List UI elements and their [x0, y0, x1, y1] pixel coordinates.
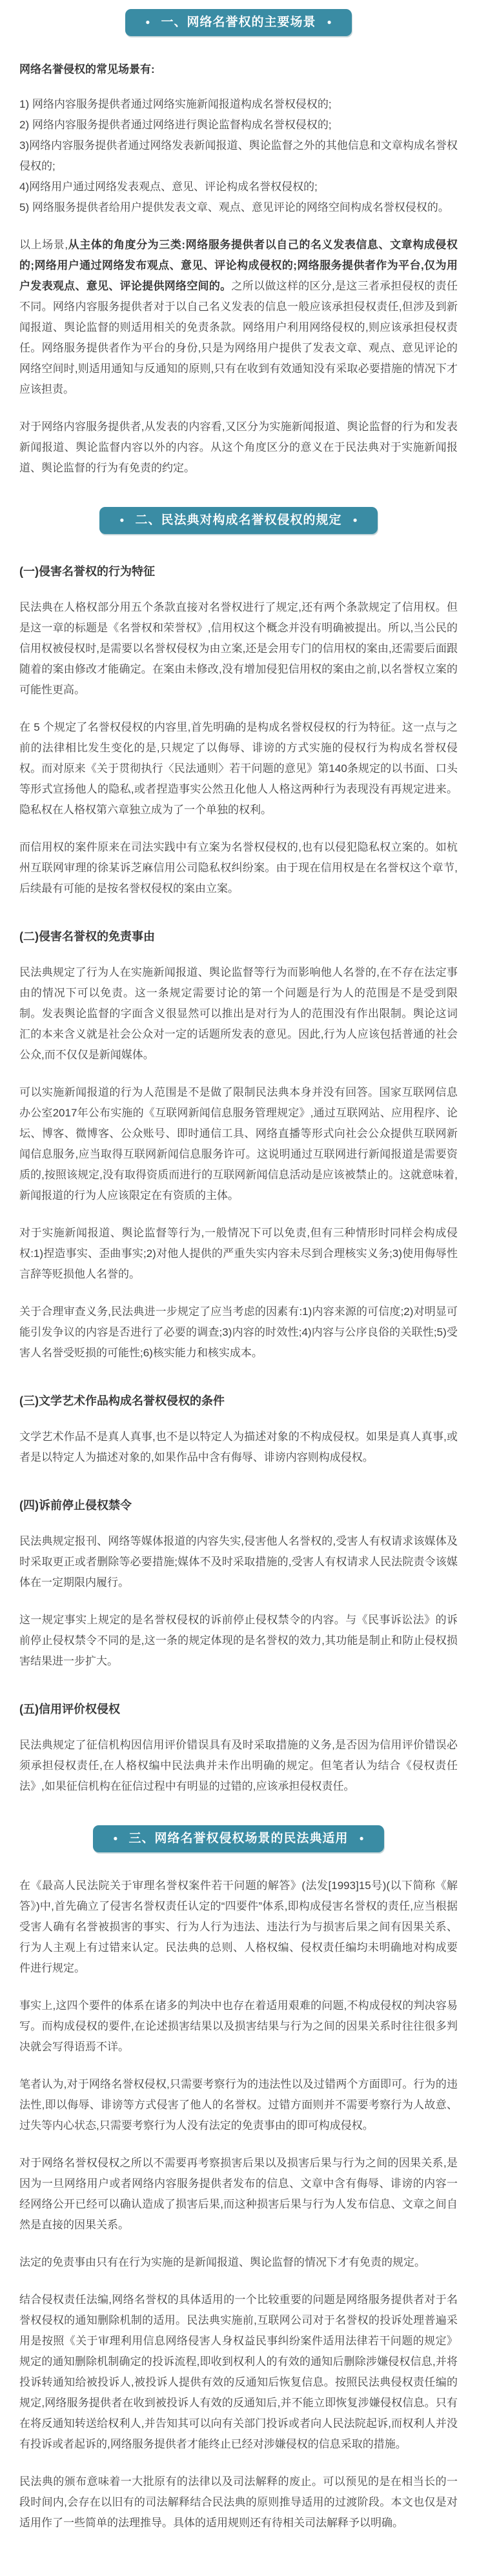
- paragraph: 民法典规定报刊、网络等媒体报道的内容失实,侵害他人名誉权的,受害人有权请求该媒体…: [19, 1531, 458, 1593]
- section3-badge: ●三、网络名誉权侵权场景的民法典适用●: [93, 1825, 384, 1852]
- paragraph: 笔者认为,对于网络名誉权侵权,只需要考察行为的违法性以及过错两个方面即可。行为的…: [19, 2074, 458, 2136]
- section2-badge-row: ●二、民法典对构成名誉权侵权的规定●: [19, 507, 458, 534]
- section1-badge: ●一、网络名誉权的主要场景●: [125, 9, 352, 36]
- scenario-list: 1) 网络内容服务提供者通过网络实施新闻报道构成名誉权侵权的; 2) 网络内容服…: [19, 94, 458, 218]
- scenario-item-3: 3)网络内容服务提供者通过网络发表新闻报道、舆论监督之外的其他信息和文章构成名誉…: [19, 135, 458, 177]
- scenario-item-1: 1) 网络内容服务提供者通过网络实施新闻报道构成名誉权侵权的;: [19, 94, 458, 115]
- section3-badge-row: ●三、网络名誉权侵权场景的民法典适用●: [19, 1825, 458, 1852]
- paragraph: 在《最高人民法院关于审理名誉权案件若干问题的解答》(法发[1993]15号)(以…: [19, 1876, 458, 1979]
- subheading-5-credit-evaluation: (五)信用评价权侵权: [19, 1700, 458, 1718]
- paragraph-subject-classification: 以上场景,从主体的角度分为三类:网络服务提供者以自己的名义发表信息、文章构成侵权…: [19, 235, 458, 400]
- paragraph: 法定的免责事由只有在行为实施的是新闻报道、舆论监督的情况下才有免责的规定。: [19, 2252, 458, 2273]
- paragraph: 民法典规定了行为人在实施新闻报道、舆论监督等行为而影响他人名誉的,在不存在法定事…: [19, 962, 458, 1065]
- paragraph-run-regular: 以上场景,: [19, 239, 68, 251]
- section3-badge-label: 三、网络名誉权侵权场景的民法典适用: [128, 1832, 348, 1845]
- badge-dot-left-icon: ●: [113, 1834, 117, 1843]
- paragraph: 而信用权的案件原来在司法实践中有立案为名誉权侵权的,也有以侵犯隐私权立案的。如杭…: [19, 837, 458, 899]
- section1-badge-row: ●一、网络名誉权的主要场景●: [19, 9, 458, 36]
- paragraph: 这一规定事实上规定的是名誉权侵权的诉前停止侵权禁令的内容。与《民事诉讼法》的诉前…: [19, 1610, 458, 1672]
- badge-dot-left-icon: ●: [119, 515, 124, 524]
- section1-badge-label: 一、网络名誉权的主要场景: [161, 15, 316, 29]
- paragraph: 民法典的颁布意味着一大批原有的法律以及司法解释的废止。可以预见的是在相当长的一段…: [19, 2472, 458, 2533]
- scenario-item-5: 5) 网络服务提供者给用户提供发表文章、观点、意见评论的网络空间构成名誉权侵权的…: [19, 197, 458, 218]
- paragraph: 民法典规定了征信机构因信用评价错误具有及时采取措施的义务,是否因为信用评价错误必…: [19, 1735, 458, 1797]
- paragraph: 可以实施新闻报道的行为人范围是不是做了限制民法典本身并没有回答。国家互联网信息办…: [19, 1082, 458, 1206]
- paragraph: 结合侵权责任法编,网络名誉权的具体适用的一个比较重要的问题是网络服务提供者对于名…: [19, 2290, 458, 2455]
- subheading-1-behavior-features: (一)侵害名誉权的行为特征: [19, 562, 458, 580]
- subheading-2-exemption-causes: (二)侵害名誉权的免责事由: [19, 927, 458, 946]
- article-page: ●一、网络名誉权的主要场景● 网络名誉侵权的常见场景有: 1) 网络内容服务提供…: [0, 0, 477, 2576]
- paragraph: 事实上,这四个要件的体系在诸多的判决中也存在着适用艰难的问题,不构成侵权的判决容…: [19, 1996, 458, 2057]
- section2-badge-label: 二、民法典对构成名誉权侵权的规定: [135, 513, 341, 527]
- paragraph: 关于合理审查义务,民法典进一步规定了应当考虑的因素有:1)内容来源的可信度;2)…: [19, 1302, 458, 1363]
- section2-badge: ●二、民法典对构成名誉权侵权的规定●: [99, 507, 378, 534]
- lead-paragraph: 网络名誉侵权的常见场景有:: [19, 59, 458, 80]
- subheading-4-pretrial-injunction: (四)诉前停止侵权禁令: [19, 1496, 458, 1514]
- paragraph: 民法典在人格权部分用五个条款直接对名誉权进行了规定,还有两个条款规定了信用权。但…: [19, 597, 458, 700]
- paragraph: 在 5 个规定了名誉权侵权的内容里,首先明确的是构成名誉权侵权的行为特征。这一点…: [19, 717, 458, 820]
- scenario-item-2: 2) 网络内容服务提供者通过网络进行舆论监督构成名誉权侵权的;: [19, 115, 458, 135]
- badge-dot-right-icon: ●: [360, 1834, 364, 1843]
- badge-dot-right-icon: ●: [353, 515, 358, 524]
- paragraph-content-view: 对于网络内容服务提供者,从发表的内容看,又区分为实施新闻报道、舆论监督的行为和发…: [19, 417, 458, 479]
- paragraph-run-regular: 之所以做这样的区分,是这三者承担侵权的责任不同。网络内容服务提供者对于以自己名义…: [19, 280, 458, 395]
- paragraph: 文学艺术作品不是真人真事,也不是以特定人为描述对象的不构成侵权。如果是真人真事,…: [19, 1427, 458, 1468]
- badge-dot-right-icon: ●: [327, 17, 332, 26]
- subheading-3-literary-works: (三)文学艺术作品构成名誉权侵权的条件: [19, 1392, 458, 1410]
- paragraph: 对于网络名誉权侵权之所以不需要再考察损害后果以及损害后果与行为之间的因果关系,是…: [19, 2153, 458, 2235]
- scenario-item-4: 4)网络用户通过网络发表观点、意见、评论构成名誉权侵权的;: [19, 177, 458, 197]
- paragraph: 对于实施新闻报道、舆论监督等行为,一般情况下可以免责,但有三种情形时同样会构成侵…: [19, 1223, 458, 1285]
- badge-dot-left-icon: ●: [145, 17, 150, 26]
